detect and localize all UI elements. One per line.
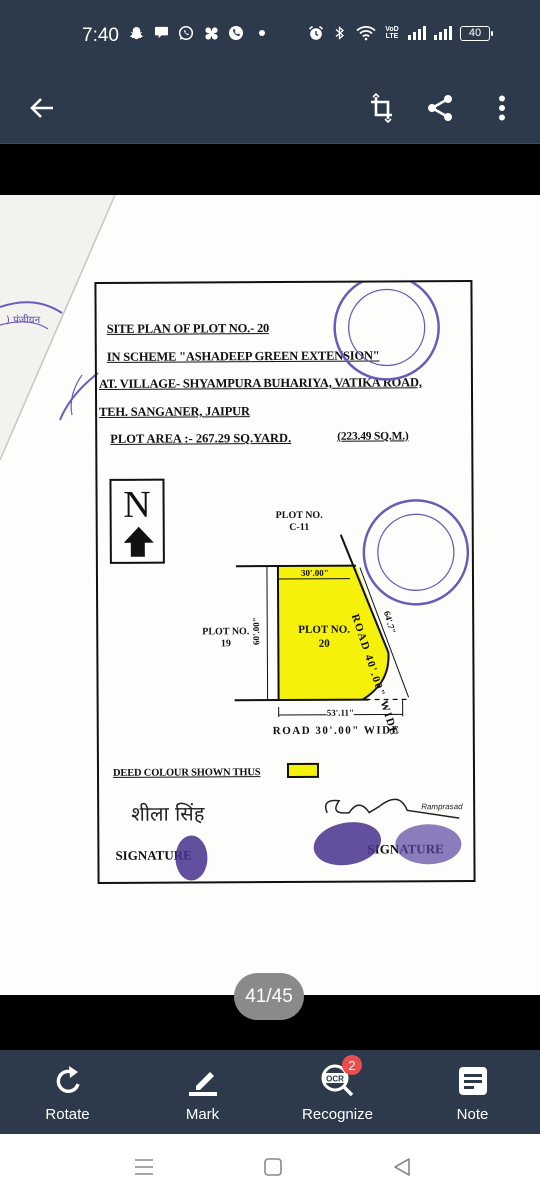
wifi-icon — [356, 24, 376, 42]
signal-1-icon — [408, 26, 426, 40]
app-grid-icon — [203, 24, 219, 42]
dim-left: 60'.00" — [251, 617, 261, 645]
volte-icon: VoD LTE — [384, 26, 400, 40]
more-notifications-dot — [259, 30, 265, 36]
plot-20-label: PLOT NO. 20 — [298, 623, 350, 651]
battery-icon: 40 — [460, 26, 490, 41]
system-icons: VoD LTE 40 — [308, 24, 490, 42]
notification-icons — [128, 24, 265, 42]
crop-icon — [369, 93, 395, 123]
thumbprint-right-icon — [395, 824, 461, 864]
document-viewer[interactable]: ) पंजीयन SITE PLAN OF PLOT NO.- 20 IN SC… — [0, 144, 540, 1050]
share-icon — [427, 94, 453, 122]
dim-bottom: 53'.11" — [327, 708, 354, 718]
nav-back-button[interactable] — [382, 1154, 422, 1180]
signature-left: शीला सिंह — [131, 799, 204, 826]
note-icon — [458, 1066, 488, 1096]
snapchat-icon — [128, 24, 144, 42]
mark-button[interactable]: Mark — [135, 1050, 270, 1134]
bottom-action-bar: Rotate Mark OCR 2 Recognize Note — [0, 1050, 540, 1134]
pencil-icon — [187, 1065, 219, 1097]
thumbprint-left-icon — [175, 835, 207, 880]
road-bottom-label: ROAD 30'.00" WIDE — [273, 724, 401, 737]
stamp-right-icon — [364, 500, 469, 605]
recents-button[interactable] — [124, 1154, 164, 1180]
chat-bubble-icon — [153, 24, 169, 42]
signal-2-icon — [434, 26, 452, 40]
deed-colour-swatch — [287, 763, 319, 778]
arrow-left-icon — [29, 96, 55, 120]
home-button[interactable] — [253, 1154, 293, 1180]
deed-colour-label: DEED COLOUR SHOWN THUS — [113, 767, 260, 779]
recents-icon — [134, 1158, 154, 1176]
recognize-badge: 2 — [342, 1055, 362, 1075]
alarm-icon — [308, 24, 324, 42]
plot-19-label: PLOT NO. 19 — [202, 626, 249, 650]
site-plan-frame: SITE PLAN OF PLOT NO.- 20 IN SCHEME "ASH… — [94, 280, 475, 884]
more-options-button[interactable] — [480, 86, 524, 130]
top-toolbar — [0, 72, 540, 144]
rotate-icon — [52, 1064, 84, 1098]
phone-app-icon — [228, 24, 244, 42]
back-button[interactable] — [20, 86, 64, 130]
document-page-image: ) पंजीयन SITE PLAN OF PLOT NO.- 20 IN SC… — [0, 195, 540, 995]
plot-c11-label: PLOT NO. C-11 — [276, 510, 323, 534]
note-button[interactable]: Note — [405, 1050, 540, 1134]
recognize-button[interactable]: OCR 2 Recognize — [270, 1050, 405, 1134]
more-vert-icon — [498, 95, 506, 121]
page-indicator: 41/45 — [234, 973, 304, 1020]
back-triangle-icon — [392, 1157, 412, 1177]
share-button[interactable] — [418, 86, 462, 130]
status-time: 7:40 — [82, 25, 119, 47]
bluetooth-icon — [332, 24, 348, 42]
home-icon — [263, 1157, 283, 1177]
rotate-button[interactable]: Rotate — [0, 1050, 135, 1134]
dim-top: 30'.00" — [301, 568, 329, 578]
system-nav-bar — [0, 1134, 540, 1200]
crop-button[interactable] — [360, 86, 404, 130]
svg-text:OCR: OCR — [326, 1075, 344, 1084]
whatsapp-icon — [178, 24, 194, 42]
signature-right-name: Ramprasad — [421, 802, 462, 811]
status-bar: 7:40 VoD LTE 40 — [0, 0, 540, 72]
stamp-top-icon — [334, 282, 439, 380]
svg-text:) पंजीयन: ) पंजीयन — [6, 314, 41, 326]
